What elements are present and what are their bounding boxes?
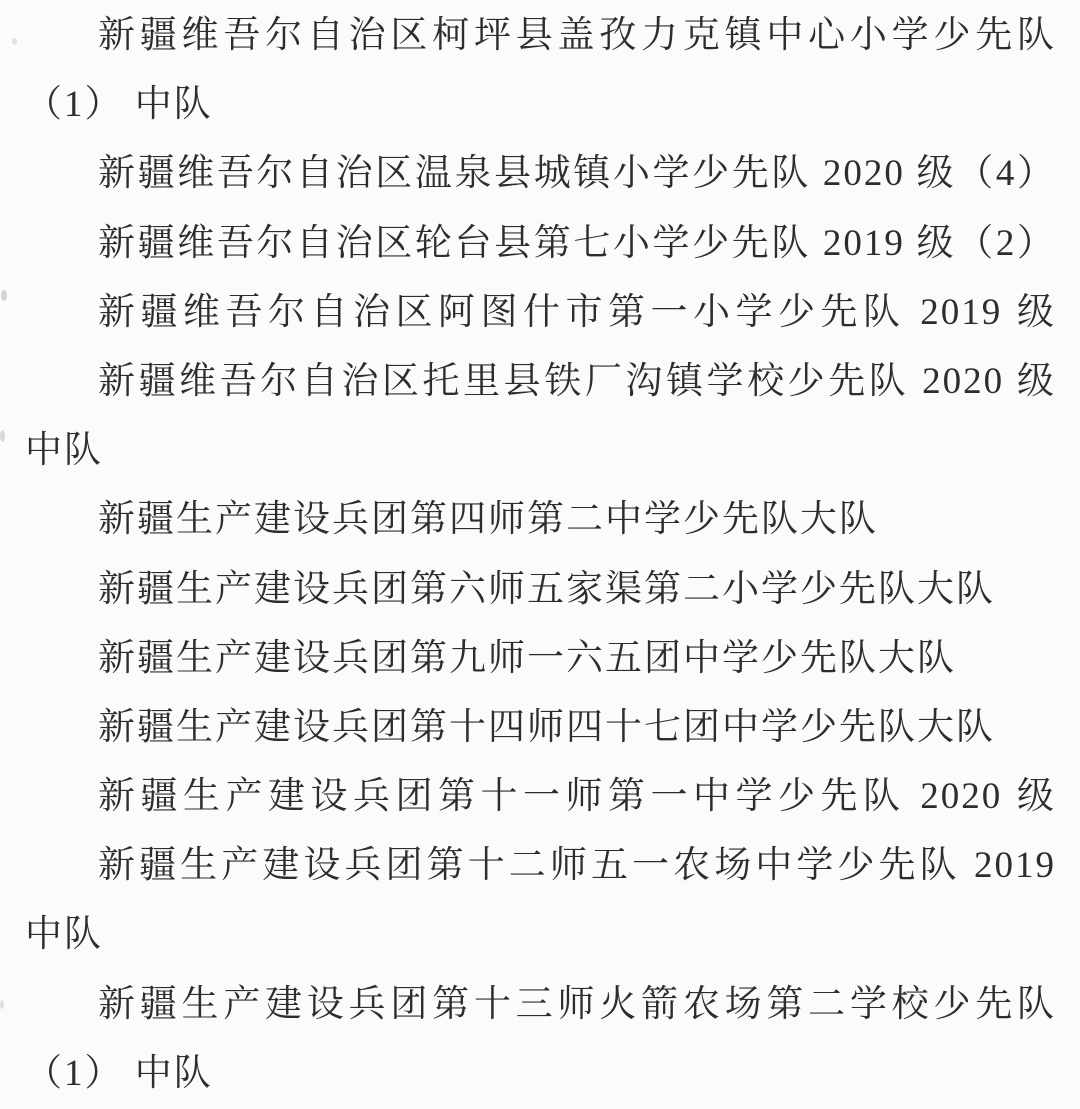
document-line: 新疆维吾尔自治区温泉县城镇小学少先队 2020 级（4）中队 [0,139,1080,208]
document-line: 中队 [0,416,1080,485]
document-line: 新疆维吾尔自治区轮台县第七小学少先队 2019 级（2）中队 [0,209,1080,278]
document-line: 新疆生产建设兵团第六师五家渠第二小学少先队大队 [0,555,1080,624]
document-line: 新疆维吾尔自治区托里县铁厂沟镇学校少先队 2020 级（1） [0,347,1080,416]
document-line: 新疆生产建设兵团第十一师第一中学少先队 2020 级（1）中队 [0,762,1080,831]
document-line: 新疆维吾尔自治区阿图什市第一小学少先队 2019 级（5）中队 [0,278,1080,347]
document-line: 新疆生产建设兵团第四师第二中学少先队大队 [0,485,1080,554]
document-line: （1） 中队 [0,1039,1080,1108]
document-line: 新疆生产建设兵团第十二师五一农场中学少先队 2019 级（2） [0,831,1080,900]
document-line: 新疆维吾尔自治区柯坪县盖孜力克镇中心小学少先队 2019 级 [0,1,1080,70]
document-line: 新疆生产建设兵团第十三师火箭农场第二学校少先队 2020 级 [0,970,1080,1039]
document-page: 新疆维吾尔自治区柯坪县盖孜力克镇中心小学少先队 2019 级 （1） 中队 新疆… [0,0,1080,1109]
scan-artifact [1,290,7,301]
document-line: （1） 中队 [0,70,1080,139]
document-line: 中队 [0,900,1080,969]
document-line: 新疆生产建设兵团第十四师四十七团中学少先队大队 [0,693,1080,762]
document-line: 新疆生产建设兵团第九师一六五团中学少先队大队 [0,624,1080,693]
scan-artifact [12,38,17,45]
scan-artifact [0,1000,4,1009]
scan-artifact [0,430,5,442]
